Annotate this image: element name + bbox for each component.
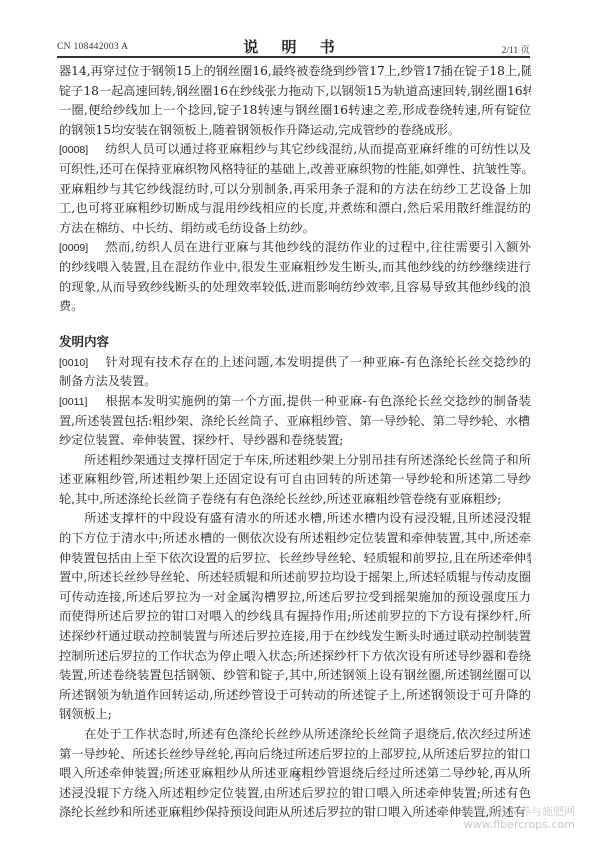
line-text: 涤纶长丝纱和所述亚麻粗纱保持预设间距从所述后罗拉的钳口喂入所述牵伸装置,所述有: [59, 805, 526, 819]
line-text: 置中,所述长丝纱导丝轮、所述轻质辊和所述前罗拉均设于摇架上,所述轻质辊与传动皮圈: [59, 570, 531, 584]
text-line: 伸装置包括由上至下依次设置的后罗拉、长丝纱导丝轮、轻质辊和前罗拉,且在所述牵伸装: [59, 549, 531, 569]
line-text: 述亚麻粗纱管,所述粗纱架上还固定设有可自由回转的所述第一导纱轮和所述第二导纱: [59, 472, 531, 486]
line-text: 针对现有技术存在的上述问题,本发明提供了一种亚麻-有色涤纶长丝交捻纱的: [105, 355, 531, 369]
text-line: 述探纱杆通过联动控制装置与所述后罗拉连接,用于在纱线发生断头时通过联动控制装置: [59, 627, 531, 647]
text-line: 在处于工作状态时,所述有色涤纶长丝纱从所述涤纶长丝筒子退绕后,依次经过所述: [59, 725, 531, 745]
paragraph-number: [0008]: [59, 141, 105, 160]
paragraph-number: [0011]: [59, 393, 105, 412]
header-rule: [57, 56, 530, 58]
line-text: 所述支撑杆的中段设有盛有清水的所述水槽,所述水槽内设有浸没辊,且所述浸没辊: [84, 511, 531, 525]
text-line: 可织性,还可在保持亚麻织物风格特征的基础上,改善亚麻织物的性能,如弹性、抗皱性等…: [59, 160, 531, 180]
text-line: 而使得所述后罗拉的钳口对喂入的纱线具有握持作用;所述前罗拉的下方设有探纱杆,所: [59, 607, 531, 627]
line-text: 控制所述后罗拉的工作状态为停止喂入状态;所述探纱杆下方依次设有所述导纱器和卷绕: [59, 649, 531, 663]
line-text: 纱定位装置、牵伸装置、探纱杆、导纱器和卷绕装置;: [59, 433, 343, 447]
line-text: 的钢领15均安装在钢领板上,随着钢领板作升降运动,完成管纱的卷绕成形。: [59, 123, 460, 137]
text-line: 一圈,便给纱线加上一个捻回,锭子18转速与钢丝圈16转速之差,形成卷绕转速,所有…: [59, 101, 531, 121]
line-text: 第一导纱轮、所述长丝纱导丝轮,再向后绕过所述后罗拉的上部罗拉,从所述后罗拉的钳口: [59, 747, 531, 761]
text-line: [0009]然而,纺织人员在进行亚麻与其他纱线的混纺作业的过程中,往往需要引入额…: [59, 238, 531, 258]
text-line: 可传动连接,所述后罗拉为一对金属沟槽罗拉,所述后罗拉受到摇架施加的预设强度压力: [59, 588, 531, 608]
line-text: 可传动连接,所述后罗拉为一对金属沟槽罗拉,所述后罗拉受到摇架施加的预设强度压力: [59, 590, 531, 604]
section-heading: 发明内容: [59, 331, 531, 353]
line-text: 纺织人员可以通过将亚麻粗纱与其它纱线混纺,从而提高亚麻纤维的可纺性以及: [105, 142, 531, 156]
line-text: 一圈,便给纱线加上一个捻回,锭子18转速与钢丝圈16转速之差,形成卷绕转速,所有…: [59, 103, 531, 117]
paragraph-p0009: [0009]然而,纺织人员在进行亚麻与其他纱线的混纺作业的过程中,往往需要引入额…: [59, 238, 531, 316]
line-text: 在处于工作状态时,所述有色涤纶长丝纱从所述涤纶长丝筒子退绕后,依次经过所述: [84, 727, 531, 741]
line-text: 制备方法及装置。: [59, 374, 157, 388]
line-text: 伸装置包括由上至下依次设置的后罗拉、长丝纱导丝轮、轻质辊和前罗拉,且在所述牵伸装: [59, 551, 531, 565]
paragraph-group-background: 器14,再穿过位于钢领15上的钢丝圈16,最终被卷绕到纱管17上,纱管17插在锭…: [59, 62, 531, 317]
paragraph-group-summary: [0010]针对现有技术存在的上述问题,本发明提供了一种亚麻-有色涤纶长丝交捻纱…: [59, 353, 531, 823]
text-line: 所述粗纱架通过支撑杆固定于车床,所述粗纱架上分别吊挂有所述涤纶长丝筒子和所: [59, 451, 531, 471]
text-line: 装置,所述卷绕装置包括钢领、纱管和锭子,其中,所述钢领上设有钢丝圈,所述钢丝圈可…: [59, 666, 531, 686]
watermark-url: www.fibercrops.com: [464, 818, 575, 831]
text-line: 纱定位装置、牵伸装置、探纱杆、导纱器和卷绕装置;: [59, 431, 531, 451]
line-text: 述浸没辊下方绕入所述粗纱定位装置,由所述后罗拉的钳口喂入所述牵伸装置;所述有色: [59, 786, 531, 800]
line-text: 而使得所述后罗拉的钳口对喂入的纱线具有握持作用;所述前罗拉的下方设有探纱杆,所: [59, 609, 531, 623]
text-line: [0011]根据本发明实施例的第一个方面,提供一种亚麻-有色涤纶长丝交捻纱的制备…: [59, 392, 531, 412]
line-text: 方法在棉纺、中长纺、绢纺或毛纺设备上纺纱。: [59, 221, 315, 235]
line-text: 费。: [59, 299, 83, 313]
text-line: 述浸没辊下方绕入所述粗纱定位装置,由所述后罗拉的钳口喂入所述牵伸装置;所述有色: [59, 784, 531, 804]
paragraph-p0010: [0010]针对现有技术存在的上述问题,本发明提供了一种亚麻-有色涤纶长丝交捻纱…: [59, 353, 531, 392]
text-line: 锭子18一起高速回转,钢丝圈16在纱线张力拖动下,以钢领15为轨道高速回转,钢丝…: [59, 82, 531, 102]
text-line: 第一导纱轮、所述长丝纱导丝轮,再向后绕过所述后罗拉的上部罗拉,从所述后罗拉的钳口: [59, 745, 531, 765]
text-line: 费。: [59, 297, 531, 317]
text-line: 置中,所述长丝纱导丝轮、所述轻质辊和所述前罗拉均设于摇架上,所述轻质辊与传动皮圈: [59, 568, 531, 588]
line-text: 亚麻粗纱与其它纱线混纺时,可以分别制条,再采用条子混和的方法在纺纱工艺设备上加: [59, 182, 531, 196]
text-line: 方法在棉纺、中长纺、绢纺或毛纺设备上纺纱。: [59, 219, 531, 239]
text-line: 的现象,从而导致纱线断头的处理效率较低,进而影响纺纱效率,且容易导致其他纱线的浪: [59, 278, 531, 298]
line-text: 述探纱杆通过联动控制装置与所述后罗拉连接,用于在纱线发生断头时通过联动控制装置: [59, 629, 531, 643]
line-text: 锭子18一起高速回转,钢丝圈16在纱线张力拖动下,以钢领15为轨道高速回转,钢丝…: [59, 84, 531, 98]
text-line: 轮,其中,所述涤纶长丝筒子卷绕有有色涤纶长丝纱,所述亚麻粗纱管卷绕有亚麻粗纱;: [59, 490, 531, 510]
page-indicator: 2/11 页: [502, 42, 530, 56]
text-line: 控制所述后罗拉的工作状态为停止喂入状态;所述探纱杆下方依次设有所述导纱器和卷绕: [59, 647, 531, 667]
text-line: 钢领板上;: [59, 705, 531, 725]
text-line: 所述钢领为轨道作回转运动,所述纱管设于可转动的所述锭子上,所述钢领设于可升降的: [59, 686, 531, 706]
text-line: 工,也可将亚麻粗纱切断成与混用纱线相应的长度,并煮练和漂白,然后采用散纤维混纺的: [59, 199, 531, 219]
line-text: 根据本发明实施例的第一个方面,提供一种亚麻-有色涤纶长丝交捻纱的制备装: [105, 394, 531, 408]
line-text: 置,所述装置包括:粗纱架、涤纶长丝筒子、亚麻粗纱管、第一导纱轮、第二导纱轮、水槽…: [59, 414, 531, 428]
line-text: 钢领板上;: [59, 707, 112, 721]
line-text: 所述钢领为轨道作回转运动,所述纱管设于可转动的所述锭子上,所述钢领设于可升降的: [59, 688, 531, 702]
line-text: 所述粗纱架通过支撑杆固定于车床,所述粗纱架上分别吊挂有所述涤纶长丝筒子和所: [84, 453, 531, 467]
line-text: 然而,纺织人员在进行亚麻与其他纱线的混纺作业的过程中,往往需要引入额外: [105, 240, 531, 254]
paragraph-p0008: [0008]纺织人员可以通过将亚麻粗纱与其它纱线混纺,从而提高亚麻纤维的可纺性以…: [59, 140, 531, 238]
text-line: 器14,再穿过位于钢领15上的钢丝圈16,最终被卷绕到纱管17上,纱管17插在锭…: [59, 62, 531, 82]
paragraph-p0011a: 所述粗纱架通过支撑杆固定于车床,所述粗纱架上分别吊挂有所述涤纶长丝筒子和所述亚麻…: [59, 451, 531, 510]
paragraph-number: [0009]: [59, 239, 105, 258]
paragraph-p0011: [0011]根据本发明实施例的第一个方面,提供一种亚麻-有色涤纶长丝交捻纱的制备…: [59, 392, 531, 451]
line-text: 的纱线喂入装置,且在混纺作业中,很发生亚麻粗纱发生断头,而其他纱线的纺纱继续进行: [59, 260, 531, 274]
watermark: 麻类作物营养与施肥网 www.fibercrops.com: [464, 805, 575, 831]
text-line: [0010]针对现有技术存在的上述问题,本发明提供了一种亚麻-有色涤纶长丝交捻纱…: [59, 353, 531, 373]
paragraph-p0011b: 所述支撑杆的中段设有盛有清水的所述水槽,所述水槽内设有浸没辊,且所述浸没辊的下方…: [59, 509, 531, 725]
text-line: 的下方位于清水中;所述水槽的一侧依次设有所述粗纱定位装置和牵伸装置,其中,所述牵: [59, 529, 531, 549]
text-line: 的钢领15均安装在钢领板上,随着钢领板作升降运动,完成管纱的卷绕成形。: [59, 121, 531, 141]
text-line: 制备方法及装置。: [59, 372, 531, 392]
text-line: 置,所述装置包括:粗纱架、涤纶长丝筒子、亚麻粗纱管、第一导纱轮、第二导纱轮、水槽…: [59, 412, 531, 432]
line-text: 器14,再穿过位于钢领15上的钢丝圈16,最终被卷绕到纱管17上,纱管17插在锭…: [59, 64, 531, 78]
line-text: 的现象,从而导致纱线断头的处理效率较低,进而影响纺纱效率,且容易导致其他纱线的浪: [59, 280, 531, 294]
line-text: 工,也可将亚麻粗纱切断成与混用纱线相应的长度,并煮练和漂白,然后采用散纤维混纺的: [59, 201, 531, 215]
line-text: 装置,所述卷绕装置包括钢领、纱管和锭子,其中,所述钢领上设有钢丝圈,所述钢丝圈可…: [59, 668, 531, 682]
line-text: 的下方位于清水中;所述水槽的一侧依次设有所述粗纱定位装置和牵伸装置,其中,所述牵: [59, 531, 531, 545]
text-line: 亚麻粗纱与其它纱线混纺时,可以分别制条,再采用条子混和的方法在纺纱工艺设备上加: [59, 180, 531, 200]
text-line: 述亚麻粗纱管,所述粗纱架上还固定设有可自由回转的所述第一导纱轮和所述第二导纱: [59, 470, 531, 490]
page-header: CN 108442003 A 说 明 书 2/11 页: [57, 36, 530, 56]
line-text: 轮,其中,所述涤纶长丝筒子卷绕有有色涤纶长丝纱,所述亚麻粗纱管卷绕有亚麻粗纱;: [59, 492, 501, 506]
text-line: 所述支撑杆的中段设有盛有清水的所述水槽,所述水槽内设有浸没辊,且所述浸没辊: [59, 509, 531, 529]
paragraph-number: [0010]: [59, 354, 105, 373]
text-line: [0008]纺织人员可以通过将亚麻粗纱与其它纱线混纺,从而提高亚麻纤维的可纺性以…: [59, 140, 531, 160]
watermark-site-name: 麻类作物营养与施肥网: [464, 805, 575, 818]
document-body: 器14,再穿过位于钢领15上的钢丝圈16,最终被卷绕到纱管17上,纱管17插在锭…: [59, 62, 531, 823]
text-line: 的纱线喂入装置,且在混纺作业中,很发生亚麻粗纱发生断头,而其他纱线的纺纱继续进行: [59, 258, 531, 278]
line-text: 可织性,还可在保持亚麻织物风格特征的基础上,改善亚麻织物的性能,如弹性、抗皱性等…: [59, 162, 531, 176]
paragraph-cont: 器14,再穿过位于钢领15上的钢丝圈16,最终被卷绕到纱管17上,纱管17插在锭…: [59, 62, 531, 140]
page-number: 5: [0, 773, 595, 784]
document-title: 说 明 书: [57, 36, 530, 57]
text-line: 涤纶长丝纱和所述亚麻粗纱保持预设间距从所述后罗拉的钳口喂入所述牵伸装置,所述有: [59, 803, 531, 823]
